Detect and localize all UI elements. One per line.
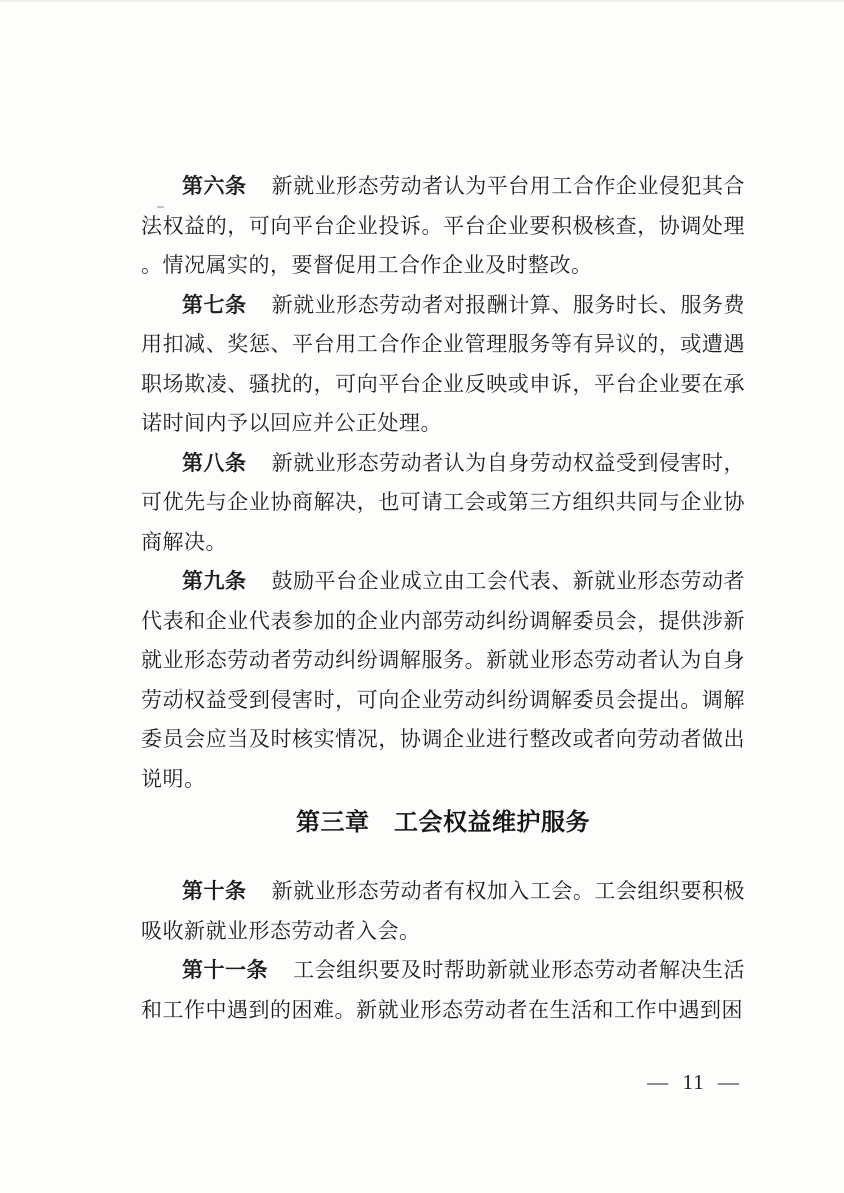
scan-speck-1 <box>157 206 164 208</box>
document-page: 第六条新就业形态劳动者认为平台用工合作企业侵犯其合法权益的，可向平台企业投诉。平… <box>0 0 844 1193</box>
article-9-text: 鼓励平台企业成立由工会代表、新就业形态劳动者代表和企业代表参加的企业内部劳动纠纷… <box>141 569 745 791</box>
chapter-3-heading: 第三章 工会权益维护服务 <box>141 803 745 843</box>
article-8-paragraph: 第八条新就业形态劳动者认为自身劳动权益受到侵害时，可优先与企业协商解决，也可请工… <box>141 444 745 563</box>
article-9-label: 第九条 <box>182 570 247 593</box>
article-10-paragraph: 第十条新就业形态劳动者有权加入工会。工会组织要积极吸收新就业形态劳动者入会。 <box>141 872 745 951</box>
article-11-label: 第十一条 <box>182 959 268 982</box>
article-9-paragraph: 第九条鼓励平台企业成立由工会代表、新就业形态劳动者代表和企业代表参加的企业内部劳… <box>141 562 745 799</box>
scan-edge-top <box>0 0 844 2</box>
article-6-label: 第六条 <box>182 175 247 198</box>
page-number: — 11 — <box>647 1070 740 1095</box>
article-10-label: 第十条 <box>182 880 247 903</box>
article-7-paragraph: 第七条新就业形态劳动者对报酬计算、服务时长、服务费用扣减、奖惩、平台用工合作企业… <box>141 286 745 444</box>
article-6-paragraph: 第六条新就业形态劳动者认为平台用工合作企业侵犯其合法权益的，可向平台企业投诉。平… <box>141 167 745 286</box>
article-7-label: 第七条 <box>182 294 247 317</box>
scan-speck-2 <box>179 688 182 691</box>
article-11-paragraph: 第十一条工会组织要及时帮助新就业形态劳动者解决生活和工作中遇到的困难。新就业形态… <box>141 951 745 1030</box>
article-8-label: 第八条 <box>182 452 247 475</box>
document-body: 第六条新就业形态劳动者认为平台用工合作企业侵犯其合法权益的，可向平台企业投诉。平… <box>141 167 745 1030</box>
